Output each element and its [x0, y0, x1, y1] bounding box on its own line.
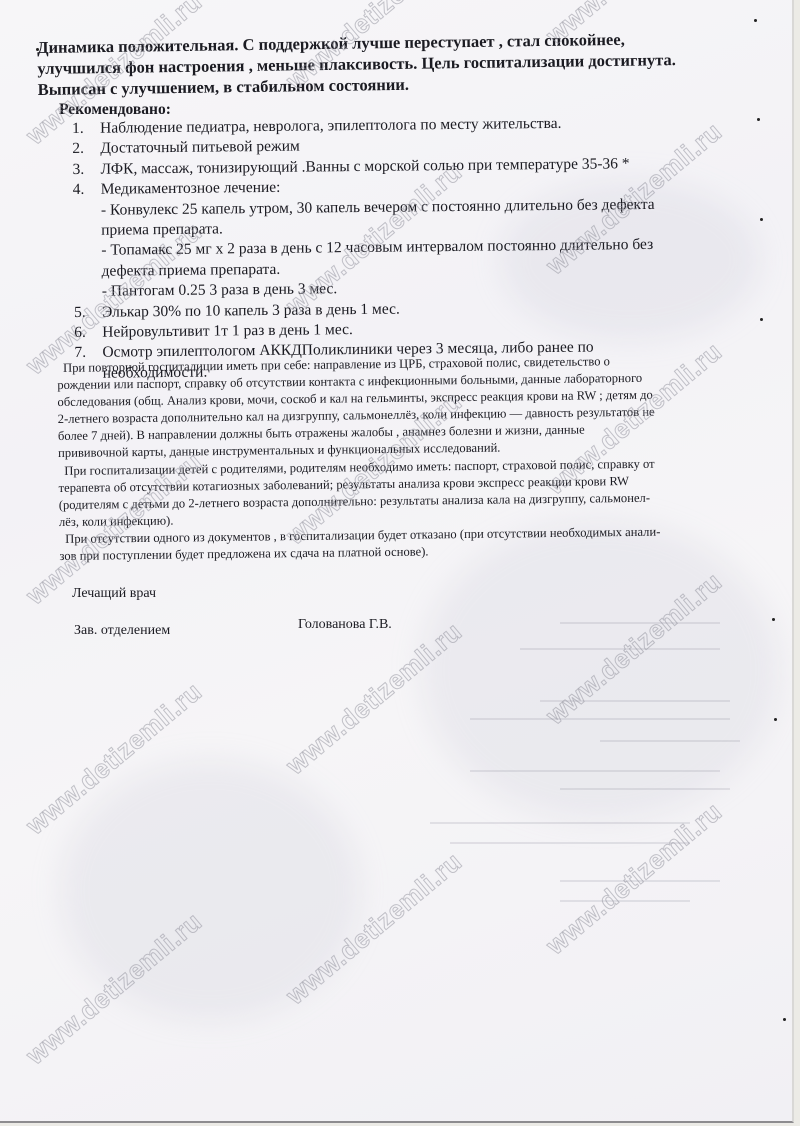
item-number: 5.	[74, 302, 102, 323]
watermark: www.detizemli.ru	[540, 796, 728, 961]
item-number: 6.	[74, 323, 102, 344]
department-head-name: Голованова Г.В.	[298, 617, 392, 633]
margin-dot	[754, 19, 757, 22]
item-number: 4.	[73, 180, 101, 201]
item-number: 1.	[72, 119, 100, 140]
margin-dot	[760, 318, 763, 321]
item-number: 2.	[72, 139, 100, 160]
margin-dot	[760, 218, 763, 221]
attending-physician-label: Лечащий врач	[72, 586, 156, 602]
item-text: Элькар 30% по 10 капель 3 раза в день 1 …	[102, 299, 400, 323]
hospitalization-notes: При повторной госпиталиции иметь при себ…	[57, 352, 729, 565]
margin-dot	[774, 718, 777, 721]
margin-dot	[783, 1018, 786, 1021]
paper-shading	[60, 760, 360, 1020]
item-number: 3.	[72, 160, 100, 181]
department-head-label: Зав. отделением	[74, 623, 170, 639]
item-text: Медикаментозное лечение:	[101, 178, 281, 200]
item-text: Достаточный питьевой режим	[100, 137, 300, 159]
margin-dot	[757, 118, 760, 121]
paper-shading	[420, 520, 780, 820]
document-page: Динамика положительная. С поддержкой луч…	[0, 0, 794, 1123]
margin-dot	[772, 618, 775, 621]
discharge-summary: Динамика положительная. С поддержкой луч…	[37, 28, 698, 100]
recommendations-list: 1. Наблюдение педиатра, невролога, эпиле…	[72, 112, 725, 384]
item-text: Нейровультивит 1т 1 раз в день 1 мес.	[102, 320, 353, 343]
recommendations-heading: Рекомендовано:	[59, 101, 171, 119]
